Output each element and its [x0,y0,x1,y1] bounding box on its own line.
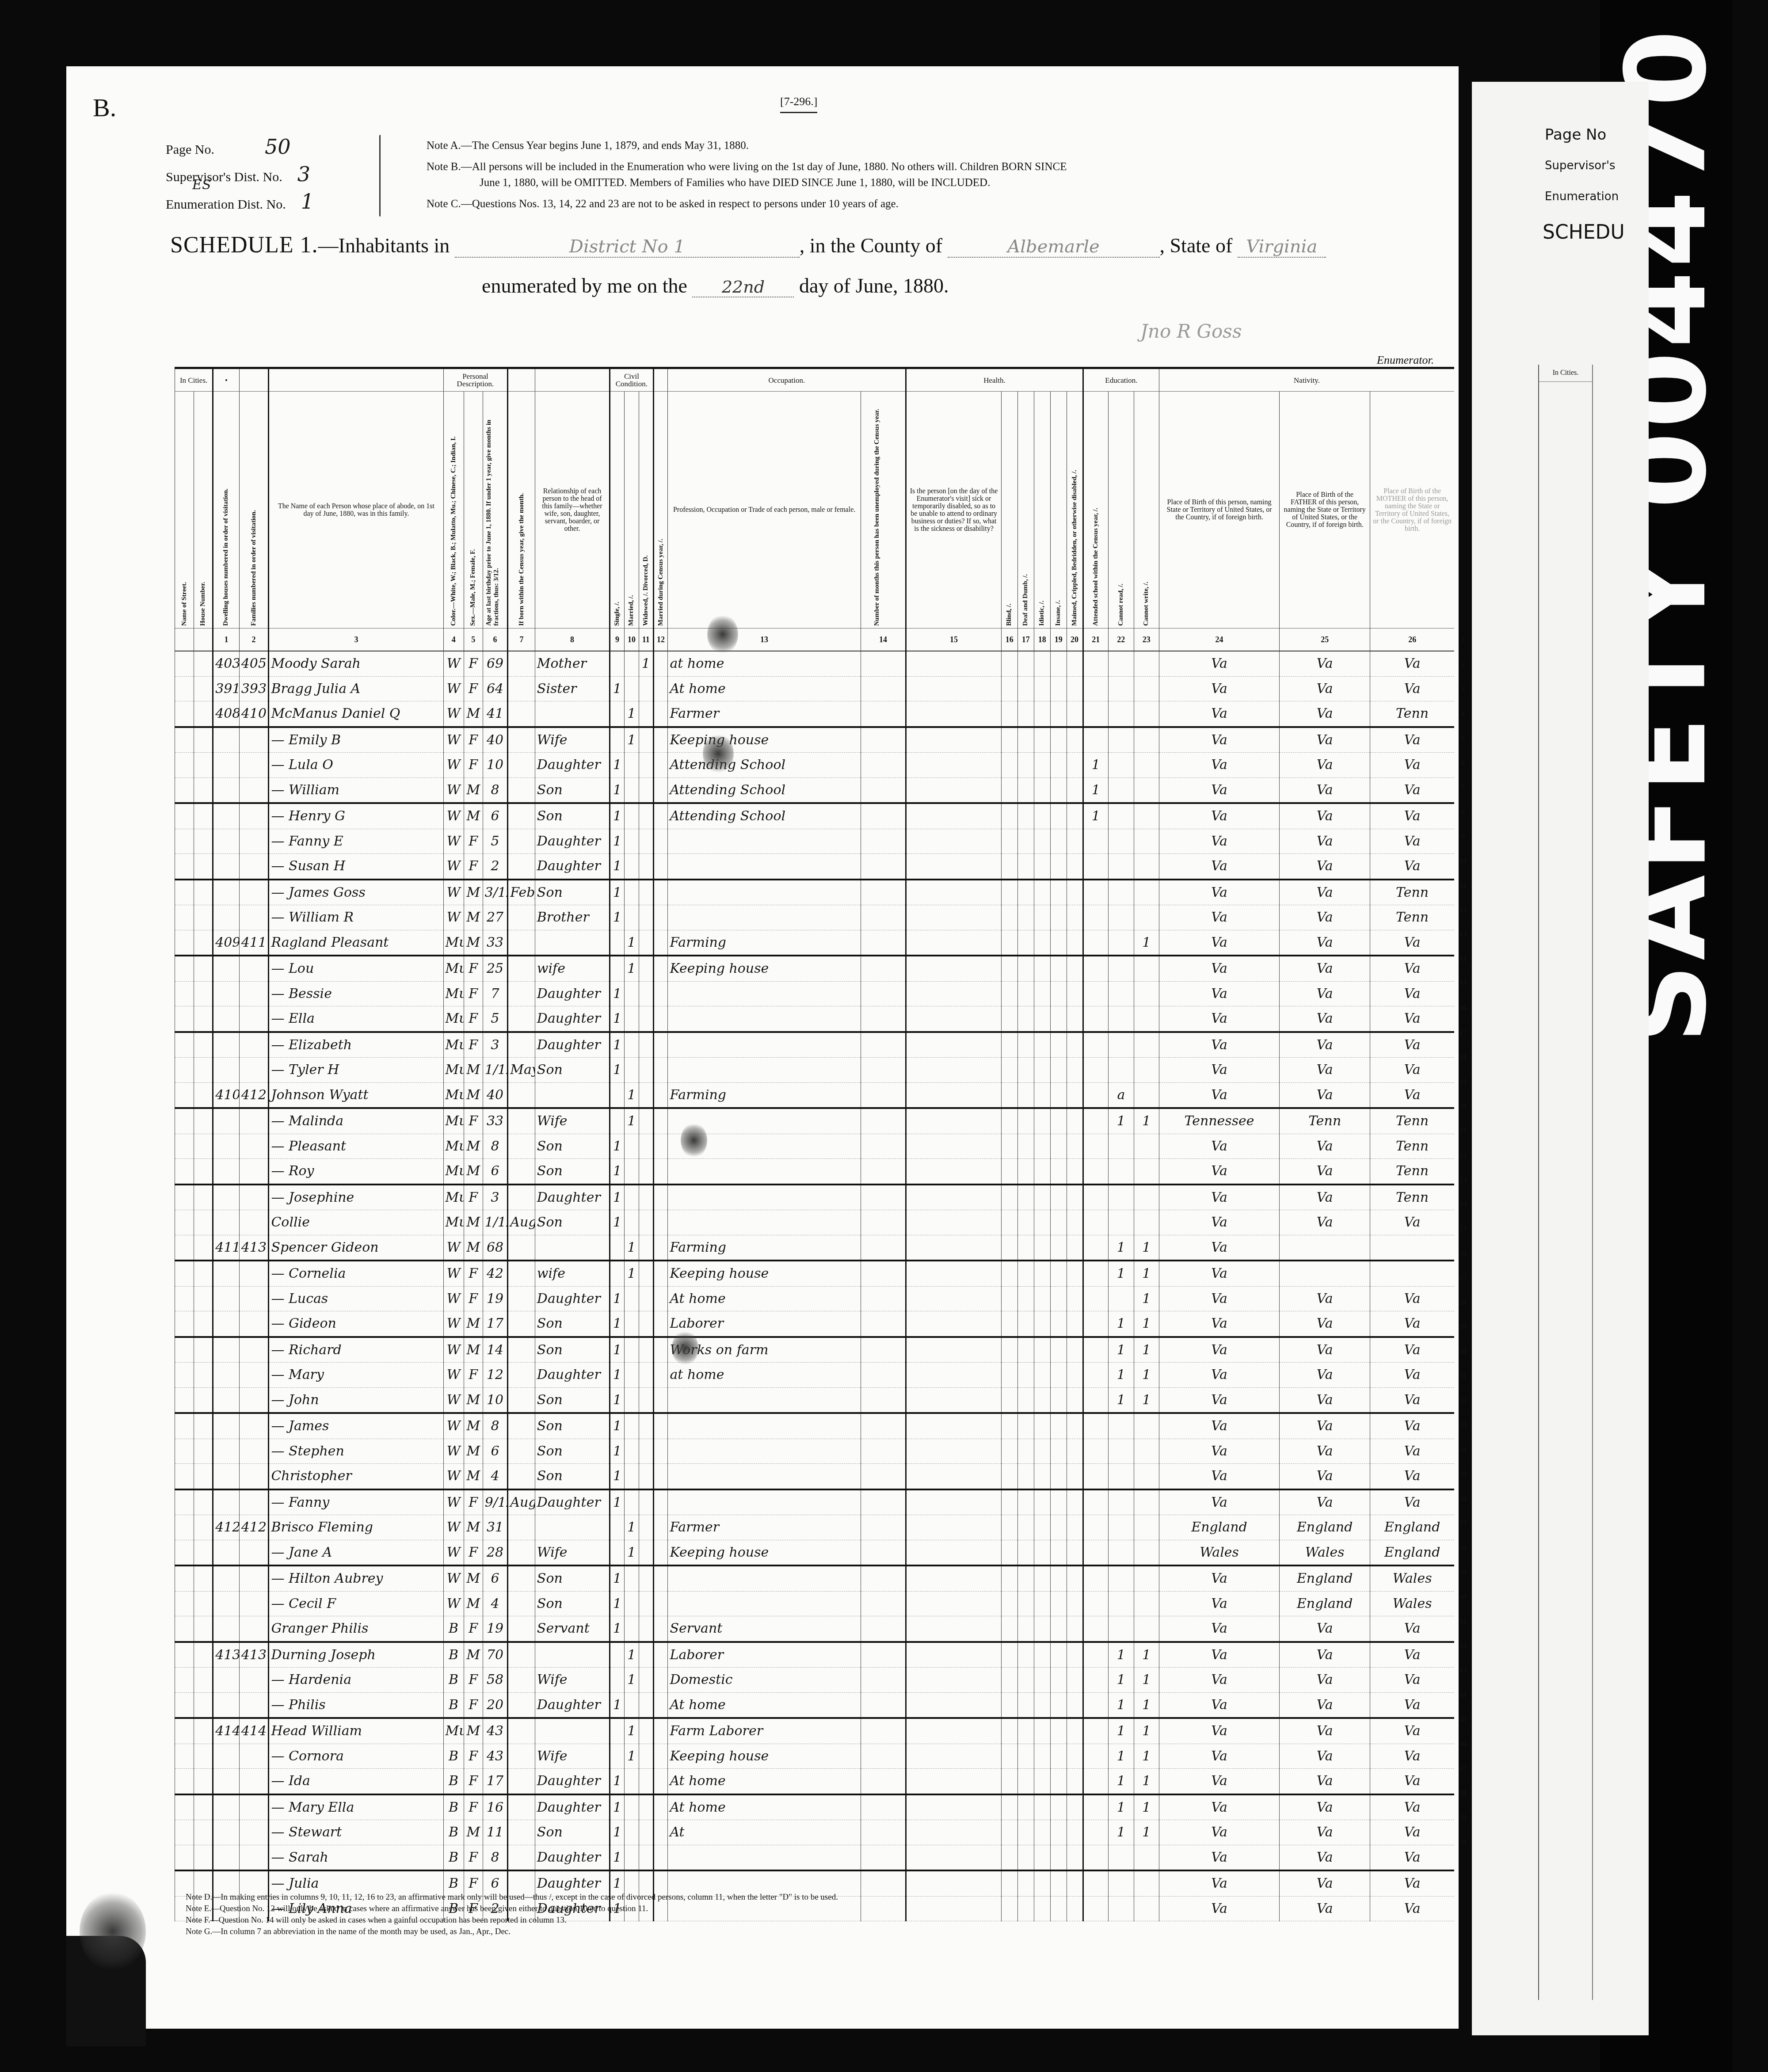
married-census-year-cell [653,956,668,981]
insane-cell [1050,1464,1067,1489]
blind-cell [1001,1896,1017,1921]
blind-cell [1001,1108,1017,1134]
father-birthplace-cell: Va [1280,1870,1370,1896]
married-cell: 1 [625,727,639,753]
person-name-cell: — Lucas [269,1286,443,1311]
married-census-year-cell [653,1744,668,1769]
enumerated-suffix: day of June, 1880. [799,274,949,297]
column-number: 4 [443,628,464,651]
person-name-cell: — Josephine [269,1185,443,1210]
next-page-supervisor-label: Supervisor's [1545,159,1616,172]
cannot-write-cell [1134,956,1159,981]
idiotic-cell [1034,676,1050,701]
married-census-year-cell [653,1692,668,1718]
schedule-title: SCHEDULE 1. [170,232,318,258]
mother-birthplace-cell: Va [1370,753,1454,778]
table-row: — Henry GWM6Son1Attending School1VaVaVa [175,803,1455,829]
idiotic-cell [1034,1896,1050,1921]
family-number-cell [239,1464,269,1489]
family-number-cell [239,777,269,803]
birth-month-cell [508,777,535,803]
disabled-cell [1067,1363,1083,1388]
cannot-read-cell [1109,1540,1134,1565]
disabled-cell [1067,1235,1083,1261]
father-birthplace-cell: Va [1280,956,1370,981]
age-cell: 19 [483,1616,507,1642]
insane-cell [1050,1616,1067,1642]
sex-cell: F [464,1286,483,1311]
color-cell: W [443,1565,464,1591]
sex-cell: M [464,1311,483,1337]
col-21-header: Attended school within the Census year, … [1083,392,1108,628]
line-number: 34 [1454,1445,1472,1454]
group-blank-8 [535,369,610,392]
occupation-cell: Laborer [668,1311,861,1337]
idiotic-cell [1034,1820,1050,1845]
line-number: 40 [1454,1592,1472,1601]
married-census-year-cell [653,1616,668,1642]
cannot-read-cell [1109,880,1134,905]
married-census-year-cell [653,1718,668,1744]
father-birthplace-cell: Va [1280,803,1370,829]
family-number-cell [239,1820,269,1845]
widowed-cell [639,1387,653,1413]
deaf-dumb-cell [1017,1565,1034,1591]
cannot-read-cell: 1 [1109,1108,1134,1134]
census-rows: 403405Moody SarahWF69Mother1at homeVaVaV… [175,651,1455,1921]
mother-birthplace-cell: Va [1370,1363,1454,1388]
birth-month-cell [508,981,535,1006]
cannot-write-cell: 1 [1134,1337,1159,1363]
insane-cell [1050,701,1067,727]
cannot-write-cell: 1 [1134,1311,1159,1337]
family-number-cell: 411 [239,930,269,956]
col-14-header: Number of months this person has been un… [861,392,906,628]
person-name-cell: — Cecil F [269,1591,443,1616]
months-unemployed-cell [861,1464,906,1489]
disabled-cell [1067,1082,1083,1108]
attended-school-cell [1083,1134,1108,1159]
attended-school-cell [1083,1235,1108,1261]
cannot-write-cell [1134,1591,1159,1616]
birthplace-cell: Va [1159,1185,1280,1210]
single-cell: 1 [610,1185,625,1210]
cannot-read-cell [1109,854,1134,880]
attended-school-cell [1083,1006,1108,1032]
insane-cell [1050,1363,1067,1388]
birthplace-cell: Va [1159,1565,1280,1591]
enumeration-field: ES Enumeration Dist. No. 1 [166,190,391,217]
relationship-cell: Son [535,1058,610,1083]
cannot-write-cell [1134,1616,1159,1642]
group-civil: Civil Condition. [610,369,653,392]
married-cell [625,1210,639,1235]
deaf-dumb-cell [1017,1108,1034,1134]
married-census-year-cell [653,1769,668,1794]
relationship-cell: Daughter [535,1794,610,1820]
age-cell: 8 [483,1413,507,1439]
line-number: 12 [1454,906,1472,914]
widowed-cell [639,1134,653,1159]
attended-school-cell [1083,905,1108,930]
months-unemployed-cell [861,854,906,880]
sex-cell: M [464,1464,483,1489]
mother-birthplace-cell: Tenn [1370,701,1454,727]
schedule-county-label: , in the County of [800,234,942,257]
father-birthplace-cell: Va [1280,1058,1370,1083]
widowed-cell [639,1082,653,1108]
idiotic-cell [1034,1692,1050,1718]
sickness-cell [906,701,1002,727]
married-census-year-cell [653,1820,668,1845]
occupation-cell: Farmer [668,1515,861,1540]
mother-birthplace-cell: Va [1370,676,1454,701]
married-cell [625,1006,639,1032]
single-cell: 1 [610,1565,625,1591]
street-cell [175,1845,194,1870]
age-cell: 25 [483,956,507,981]
sickness-cell [906,956,1002,981]
single-cell [610,651,625,676]
months-unemployed-cell [861,1489,906,1515]
house-number-cell [194,956,213,981]
cannot-write-cell: 1 [1134,1769,1159,1794]
street-cell [175,727,194,753]
months-unemployed-cell [861,1845,906,1870]
enumerated-line: enumerated by me on the 22nd day of June… [482,274,949,297]
sickness-cell [906,676,1002,701]
married-cell: 1 [625,1744,639,1769]
col-8-header: Relationship of each person to the head … [535,392,610,628]
married-cell: 1 [625,1261,639,1286]
father-birthplace-cell: Va [1280,1082,1370,1108]
married-cell [625,1159,639,1185]
birth-month-cell [508,1845,535,1870]
cannot-read-cell: 1 [1109,1642,1134,1668]
ink-smudge [703,734,734,773]
schedule-line: SCHEDULE 1.—Inhabitants in District No 1… [170,232,1326,258]
blind-cell [1001,1591,1017,1616]
birth-month-cell [508,1515,535,1540]
relationship-cell [535,1515,610,1540]
sex-cell: F [464,1032,483,1058]
father-birthplace-cell: Va [1280,1185,1370,1210]
dwelling-number-cell [213,1489,240,1515]
married-cell [625,981,639,1006]
sex-cell: M [464,905,483,930]
father-birthplace-cell: Va [1280,1820,1370,1845]
sickness-cell [906,1261,1002,1286]
married-census-year-cell [653,1515,668,1540]
insane-cell [1050,1794,1067,1820]
dwelling-number-cell [213,1540,240,1565]
deaf-dumb-cell [1017,1134,1034,1159]
group-in-cities: In Cities. [175,369,213,392]
single-cell [610,1540,625,1565]
idiotic-cell [1034,1159,1050,1185]
table-row: 408410McManus Daniel QWM411FarmerVaVaTen… [175,701,1455,727]
cannot-write-cell [1134,1082,1159,1108]
table-row: — Lula OWF10Daughter1Attending School1Va… [175,753,1455,778]
disabled-cell [1067,1591,1083,1616]
table-row: — WilliamWM8Son1Attending School1VaVaVa [175,777,1455,803]
sickness-cell [906,1616,1002,1642]
column-number: 3 [269,628,443,651]
color-cell: W [443,1311,464,1337]
married-census-year-cell [653,753,668,778]
sex-cell: F [464,829,483,854]
street-cell [175,1744,194,1769]
relationship-cell: Son [535,1337,610,1363]
disabled-cell [1067,1718,1083,1744]
table-row: — BessieMuF7Daughter1VaVaVa [175,981,1455,1006]
widowed-cell [639,880,653,905]
blind-cell [1001,1642,1017,1668]
sickness-cell [906,1387,1002,1413]
dwelling-number-cell [213,1413,240,1439]
age-cell: 8 [483,777,507,803]
single-cell [610,1642,625,1668]
age-cell: 6 [483,1439,507,1464]
relationship-cell: Son [535,1464,610,1489]
idiotic-cell [1034,1337,1050,1363]
table-row: — EllaMuF5Daughter1VaVaVa [175,1006,1455,1032]
mother-birthplace-cell: Va [1370,1616,1454,1642]
dwelling-number-cell: 403 [213,651,240,676]
age-cell: 27 [483,905,507,930]
deaf-dumb-cell [1017,1896,1034,1921]
table-row: — JamesWM8Son1VaVaVa [175,1413,1455,1439]
months-unemployed-cell [861,803,906,829]
color-cell: Mu [443,956,464,981]
father-birthplace-cell: Tenn [1280,1108,1370,1134]
attended-school-cell [1083,1082,1108,1108]
married-cell [625,905,639,930]
idiotic-cell [1034,1515,1050,1540]
mother-birthplace-cell: Va [1370,1870,1454,1896]
table-row: — StephenWM6Son1VaVaVa [175,1439,1455,1464]
person-name-cell: Brisco Fleming [269,1515,443,1540]
col-2-header: Families numbered in order of visitation… [239,392,269,628]
insane-cell [1050,1210,1067,1235]
age-cell: 40 [483,1082,507,1108]
relationship-cell [535,1235,610,1261]
widowed-cell [639,1337,653,1363]
attended-school-cell [1083,1692,1108,1718]
deaf-dumb-cell [1017,1489,1034,1515]
insane-cell [1050,905,1067,930]
disabled-cell [1067,753,1083,778]
insane-cell [1050,1058,1067,1083]
line-number: 48 [1454,1789,1472,1798]
single-cell [610,1744,625,1769]
person-name-cell: — James Goss [269,880,443,905]
dwelling-number-cell [213,777,240,803]
birth-month-cell [508,803,535,829]
sickness-cell [906,981,1002,1006]
mother-birthplace-cell: Va [1370,1286,1454,1311]
birthplace-cell: Va [1159,1692,1280,1718]
months-unemployed-cell [861,956,906,981]
column-number: 9 [610,628,625,651]
occupation-cell [668,1185,861,1210]
cannot-read-cell [1109,1413,1134,1439]
single-cell: 1 [610,1032,625,1058]
birthplace-cell: Va [1159,1337,1280,1363]
idiotic-cell [1034,1286,1050,1311]
age-cell: 3/12 [483,880,507,905]
father-birthplace-cell: England [1280,1515,1370,1540]
birth-month-cell [508,1616,535,1642]
married-census-year-cell [653,1464,668,1489]
color-cell: Mu [443,930,464,956]
married-cell [625,1413,639,1439]
insane-cell [1050,727,1067,753]
family-number-cell [239,1744,269,1769]
ink-smudge [681,1123,707,1158]
age-cell: 14 [483,1337,507,1363]
blind-cell [1001,1820,1017,1845]
birthplace-cell: Va [1159,1286,1280,1311]
person-name-cell: — Hilton Aubrey [269,1565,443,1591]
idiotic-cell [1034,777,1050,803]
insane-cell [1050,981,1067,1006]
sex-cell: M [464,1387,483,1413]
sickness-cell [906,1210,1002,1235]
months-unemployed-cell [861,1108,906,1134]
dwelling-number-cell [213,1591,240,1616]
father-birthplace-cell: Va [1280,1210,1370,1235]
insane-cell [1050,1311,1067,1337]
single-cell: 1 [610,1489,625,1515]
mother-birthplace-cell: Va [1370,1413,1454,1439]
color-cell: W [443,829,464,854]
cannot-write-cell: 1 [1134,1692,1159,1718]
months-unemployed-cell [861,1058,906,1083]
sickness-cell [906,651,1002,676]
idiotic-cell [1034,1591,1050,1616]
table-row: — Jane AWF28Wife1Keeping houseWalesWales… [175,1540,1455,1565]
disabled-cell [1067,1870,1083,1896]
occupation-cell: At home [668,1692,861,1718]
dwelling-number-cell [213,880,240,905]
blind-cell [1001,651,1017,676]
occupation-cell [668,1210,861,1235]
house-number-cell [194,1159,213,1185]
married-cell [625,1134,639,1159]
col-street-header: Name of Street. [175,392,194,628]
widowed-cell [639,981,653,1006]
cannot-read-cell [1109,1870,1134,1896]
street-cell [175,1082,194,1108]
line-number: 31 [1454,1371,1472,1380]
married-census-year-cell [653,1159,668,1185]
months-unemployed-cell [861,1540,906,1565]
widowed-cell [639,1668,653,1693]
person-name-cell: — Pleasant [269,1134,443,1159]
line-number: 45 [1454,1715,1472,1724]
married-cell [625,803,639,829]
married-cell [625,1363,639,1388]
street-cell [175,676,194,701]
person-name-cell: — Lou [269,956,443,981]
cannot-read-cell [1109,1845,1134,1870]
line-number: 27 [1454,1273,1472,1282]
months-unemployed-cell [861,1870,906,1896]
sex-cell: M [464,930,483,956]
mother-birthplace-cell: Va [1370,1692,1454,1718]
sex-cell: F [464,727,483,753]
months-unemployed-cell [861,1794,906,1820]
father-birthplace-cell: Va [1280,1642,1370,1668]
married-census-year-cell [653,1261,668,1286]
person-name-cell: Moody Sarah [269,651,443,676]
cannot-read-cell: 1 [1109,1668,1134,1693]
relationship-cell: Son [535,803,610,829]
cannot-read-cell: 1 [1109,1337,1134,1363]
relationship-cell [535,1718,610,1744]
attended-school-cell: 1 [1083,803,1108,829]
color-cell: W [443,905,464,930]
relationship-cell: Brother [535,905,610,930]
table-row: 391393Bragg Julia AWF64Sister1At homeVaV… [175,676,1455,701]
family-number-cell [239,1363,269,1388]
sickness-cell [906,905,1002,930]
cannot-write-cell [1134,854,1159,880]
line-number: 49 [1454,1813,1472,1822]
table-row: — JohnWM10Son111VaVaVa [175,1387,1455,1413]
occupation-cell [668,1489,861,1515]
cannot-write-cell [1134,1565,1159,1591]
sickness-cell [906,1744,1002,1769]
sickness-cell [906,1794,1002,1820]
page-no-field: Page No. 50 [166,135,391,162]
house-number-cell [194,930,213,956]
deaf-dumb-cell [1017,1591,1034,1616]
street-cell [175,1006,194,1032]
color-cell: Mu [443,1108,464,1134]
cannot-write-cell [1134,651,1159,676]
col-11-header: Widowed, /. Divorced, D. [639,392,653,628]
line-number: 39 [1454,1568,1472,1577]
table-row: 413413Durning JosephBM701Laborer11VaVaVa [175,1642,1455,1668]
sex-cell: M [464,1082,483,1108]
mother-birthplace-cell: Va [1370,1794,1454,1820]
person-name-cell: — Tyler H [269,1058,443,1083]
cannot-write-cell [1134,1006,1159,1032]
father-birthplace-cell: Va [1280,1616,1370,1642]
months-unemployed-cell [861,1820,906,1845]
street-cell [175,1668,194,1693]
person-name-cell: — Jane A [269,1540,443,1565]
census-table: In Cities. • Personal Description. Civil… [175,369,1454,1921]
house-number-cell [194,676,213,701]
widowed-cell [639,1769,653,1794]
mother-birthplace-cell: Va [1370,1820,1454,1845]
relationship-cell: Daughter [535,854,610,880]
months-unemployed-cell [861,1082,906,1108]
cannot-write-cell [1134,880,1159,905]
insane-cell [1050,880,1067,905]
sex-cell: M [464,1210,483,1235]
father-birthplace-cell: Va [1280,1439,1370,1464]
married-census-year-cell [653,651,668,676]
house-number-cell [194,1439,213,1464]
color-cell: Mu [443,1006,464,1032]
street-cell [175,1591,194,1616]
single-cell: 1 [610,880,625,905]
birth-month-cell [508,905,535,930]
